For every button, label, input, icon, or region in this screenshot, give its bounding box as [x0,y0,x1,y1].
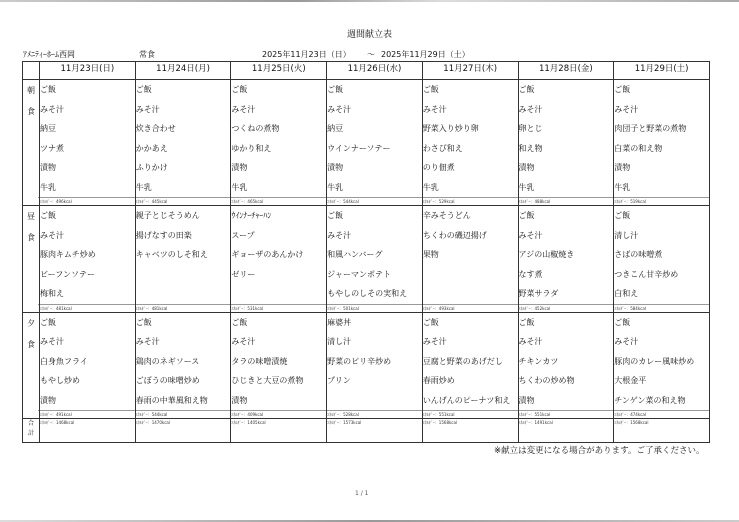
daily-total-kcal: ｴﾈﾙｷﾞｰ：1470kcal [134,419,231,426]
menu-item: 漬物 [519,158,614,178]
menu-item: 白菜の和え物 [614,139,709,159]
daily-total-kcal: ｴﾈﾙｷﾞｰ：1573kcal [325,419,422,426]
menu-item: 梅和え [40,284,135,304]
corner-cell [23,62,40,80]
breakfast-label: 朝食 [23,80,40,206]
diet-type: 常食 [139,49,155,60]
menu-item: みそ汁 [519,332,614,352]
energy-kcal: ｴﾈﾙｷﾞｰ：551kcal [517,410,614,418]
menu-item [136,284,231,304]
menu-item: スープ [231,226,326,246]
menu-item: 納豆 [327,119,422,139]
daily-total-cell: ｴﾈﾙｷﾞｰ：1468kcal [40,419,136,443]
menu-item: 漬物 [327,158,422,178]
day-header: 11月24日(月) [135,62,231,80]
menu-item: ご飯 [40,206,135,226]
daily-total-kcal: ｴﾈﾙｷﾞｰ：1405kcal [229,419,326,426]
menu-item: ご飯 [423,313,518,333]
period-separator: ～ [367,49,375,60]
breakfast-label-char: 朝 [23,80,39,101]
energy-kcal: ｴﾈﾙｷﾞｰ：551kcal [421,410,518,418]
daily-total-kcal: ｴﾈﾙｷﾞｰ：1468kcal [38,419,135,426]
menu-item: みそ汁 [40,332,135,352]
menu-item: 漬物 [231,158,326,178]
menu-item: ウインナーソテー [327,139,422,159]
breakfast-cell: ご飯みそ汁炊き合わせかかあえふりかけ牛乳ｴﾈﾙｷﾞｰ：445kcal [135,80,231,206]
day-header: 11月29日(土) [614,62,710,80]
menu-item: ご飯 [519,80,614,100]
energy-kcal: ｴﾈﾙｷﾞｰ：584kcal [612,304,709,312]
daily-total-cell: ｴﾈﾙｷﾞｰ：1405kcal [231,419,327,443]
menu-item: みそ汁 [423,332,518,352]
menu-item: 豚肉キムチ炒め [40,245,135,265]
menu-item: 鶏肉のネギソース [136,352,231,372]
menu-item: 春雨の中華風和え物 [136,391,231,411]
menu-item: ちくわの炒め物 [519,371,614,391]
menu-item: 漬物 [40,158,135,178]
breakfast-cell: ご飯みそ汁納豆ウインナーソテー漬物牛乳ｴﾈﾙｷﾞｰ：544kcal [327,80,423,206]
menu-item: ご飯 [40,80,135,100]
weekly-menu-table: 11月23日(日)11月24日(月)11月25日(火)11月26日(水)11月2… [22,61,710,443]
energy-kcal: ｴﾈﾙｷﾞｰ：474kcal [612,410,709,418]
menu-item: 肉団子と野菜の煮物 [614,119,709,139]
menu-item: プリン [327,371,422,391]
menu-item: ご飯 [231,313,326,333]
menu-item [423,265,518,285]
energy-kcal: ｴﾈﾙｷﾞｰ：491kcal [38,410,135,418]
menu-item: かかあえ [136,139,231,159]
menu-item: ご飯 [423,80,518,100]
lunch-row: 昼食ご飯みそ汁豚肉キムチ炒めビーフンソテー梅和えｴﾈﾙｷﾞｰ：481kcal親子… [23,206,710,313]
menu-item: アジの山椒焼き [519,245,614,265]
menu-item: ご飯 [614,206,709,226]
menu-item: みそ汁 [519,226,614,246]
menu-item: 牛乳 [231,178,326,198]
menu-item: ご飯 [231,80,326,100]
menu-item: つくねの煮物 [231,119,326,139]
menu-item: みそ汁 [614,100,709,120]
dinner-label-char: 夕 [23,313,39,334]
menu-item: 辛みそうどん [423,206,518,226]
daily-total-cell: ｴﾈﾙｷﾞｰ：1470kcal [135,419,231,443]
menu-item: 白和え [614,284,709,304]
day-header: 11月23日(日) [40,62,136,80]
daily-total-cell: ｴﾈﾙｷﾞｰ：1568kcal [614,419,710,443]
breakfast-cell: ご飯みそ汁卵とじ和え物漬物牛乳ｴﾈﾙｷﾞｰ：488kcal [518,80,614,206]
menu-item: もやしのしその実和え [327,284,422,304]
breakfast-cell: ご飯みそ汁納豆ツナ煮漬物牛乳ｴﾈﾙｷﾞｰ：496kcal [40,80,136,206]
total-label-char: 計 [23,429,39,439]
menu-item: 漬物 [614,158,709,178]
menu-item: 和風ハンバーグ [327,245,422,265]
daily-total-cell: ｴﾈﾙｷﾞｰ：1568kcal [422,419,518,443]
menu-item: チキンカツ [519,352,614,372]
energy-kcal: ｴﾈﾙｷﾞｰ：544kcal [134,410,231,418]
lunch-label: 昼食 [23,206,40,313]
menu-item: 炊き合わせ [136,119,231,139]
menu-item: ご飯 [519,206,614,226]
menu-item: 豆腐と野菜のあげだし [423,352,518,372]
menu-item: のり佃煮 [423,158,518,178]
menu-item: 牛乳 [136,178,231,198]
menu-item: 清し汁 [327,332,422,352]
menu-item: ご飯 [40,313,135,333]
menu-item: 牛乳 [519,178,614,198]
menu-item: みそ汁 [136,332,231,352]
menu-item: 大根金平 [614,371,709,391]
menu-item [327,391,422,411]
energy-kcal: ｴﾈﾙｷﾞｰ：493kcal [421,304,518,312]
menu-item: ご飯 [327,206,422,226]
menu-item: つきこん甘辛炒め [614,265,709,285]
menu-item: 清し汁 [614,226,709,246]
menu-item: 和え物 [519,139,614,159]
total-label-char: 合 [23,419,39,429]
day-header: 11月28日(金) [518,62,614,80]
menu-item: ジャーマンポテト [327,265,422,285]
energy-kcal: ｴﾈﾙｷﾞｰ：529kcal [421,197,518,205]
menu-item: 牛乳 [40,178,135,198]
menu-item: ごぼうの味噌炒め [136,371,231,391]
dinner-cell: ご飯みそ汁鶏肉のネギソースごぼうの味噌炒め春雨の中華風和え物ｴﾈﾙｷﾞｰ：544… [135,312,231,419]
menu-item: いんげんのピーナツ和え [423,391,518,411]
menu-item: みそ汁 [231,332,326,352]
menu-item: チンゲン菜の和え物 [614,391,709,411]
lunch-cell: 辛みそうどんちくわの磯辺揚げ果物ｴﾈﾙｷﾞｰ：493kcal [422,206,518,313]
daily-total-cell: ｴﾈﾙｷﾞｰ：1491kcal [518,419,614,443]
menu-item: みそ汁 [231,100,326,120]
dinner-label: 夕食 [23,312,40,419]
daily-total-kcal: ｴﾈﾙｷﾞｰ：1568kcal [421,419,518,426]
menu-item: みそ汁 [40,226,135,246]
facility-name: ｱﾒﾆﾃｨｰﾎｰﾑ西岡 [23,49,75,60]
menu-item: 揚げなすの田楽 [136,226,231,246]
period-end: 2025年11月29日（土） [381,49,470,60]
menu-item: 漬物 [519,391,614,411]
page-top-edge [0,0,739,2]
page-indicator: 1 / 1 [355,490,368,497]
menu-item: タラの味噌漬焼 [231,352,326,372]
energy-kcal: ｴﾈﾙｷﾞｰ：501kcal [325,304,422,312]
change-notice: ※献立は変更になる場合があります。ご了承ください。 [494,444,704,456]
menu-item: 野菜入り炒り卵 [423,119,518,139]
menu-item: もやし炒め [40,371,135,391]
menu-item: ご飯 [614,313,709,333]
day-header: 11月27日(木) [422,62,518,80]
energy-kcal: ｴﾈﾙｷﾞｰ：452kcal [517,304,614,312]
menu-item: 牛乳 [614,178,709,198]
menu-item: ご飯 [327,80,422,100]
menu-item: 漬物 [231,391,326,411]
menu-item: ゼリー [231,265,326,285]
energy-kcal: ｴﾈﾙｷﾞｰ：531kcal [229,304,326,312]
energy-kcal: ｴﾈﾙｷﾞｰ：488kcal [517,197,614,205]
daily-total-kcal: ｴﾈﾙｷﾞｰ：1491kcal [517,419,614,426]
menu-item [231,284,326,304]
menu-item: 果物 [423,245,518,265]
dinner-cell: ご飯みそ汁チキンカツちくわの炒め物漬物ｴﾈﾙｷﾞｰ：551kcal [518,312,614,419]
menu-item: ギョーザのあんかけ [231,245,326,265]
menu-item: さばの味噌煮 [614,245,709,265]
lunch-cell: ご飯清し汁さばの味噌煮つきこん甘辛炒め白和えｴﾈﾙｷﾞｰ：584kcal [614,206,710,313]
menu-item: ご飯 [519,313,614,333]
menu-item: みそ汁 [327,100,422,120]
menu-item: ふりかけ [136,158,231,178]
menu-item: ｳｲﾝﾅｰﾁｬｰﾊﾝ [231,206,326,226]
menu-item: ご飯 [614,80,709,100]
menu-item: 親子とじそうめん [136,206,231,226]
dinner-cell: ご飯みそ汁豚肉のカレー風味炒め大根金平チンゲン菜の和え物ｴﾈﾙｷﾞｰ：474kc… [614,312,710,419]
energy-kcal: ｴﾈﾙｷﾞｰ：445kcal [134,197,231,205]
energy-kcal: ｴﾈﾙｷﾞｰ：409kcal [229,410,326,418]
energy-kcal: ｴﾈﾙｷﾞｰ：544kcal [325,197,422,205]
menu-item: みそ汁 [136,100,231,120]
menu-item: みそ汁 [423,100,518,120]
dinner-cell: 麻婆丼清し汁野菜のピリ辛炒めプリンｴﾈﾙｷﾞｰ：528kcal [327,312,423,419]
menu-item: ビーフンソテー [40,265,135,285]
lunch-cell: ご飯みそ汁和風ハンバーグジャーマンポテトもやしのしその実和えｴﾈﾙｷﾞｰ：501… [327,206,423,313]
breakfast-cell: ご飯みそ汁つくねの煮物ゆかり和え漬物牛乳ｴﾈﾙｷﾞｰ：465kcal [231,80,327,206]
lunch-cell: ご飯みそ汁豚肉キムチ炒めビーフンソテー梅和えｴﾈﾙｷﾞｰ：481kcal [40,206,136,313]
daily-total-cell: ｴﾈﾙｷﾞｰ：1573kcal [327,419,423,443]
total-label: 合計 [23,419,40,443]
lunch-label-char: 昼 [23,206,39,227]
menu-item: 野菜のピリ辛炒め [327,352,422,372]
menu-item: 春雨炒め [423,371,518,391]
menu-item: ゆかり和え [231,139,326,159]
menu-item: みそ汁 [519,100,614,120]
dinner-cell: ご飯みそ汁白身魚フライもやし炒め漬物ｴﾈﾙｷﾞｰ：491kcal [40,312,136,419]
energy-kcal: ｴﾈﾙｷﾞｰ：519kcal [612,197,709,205]
menu-item: 漬物 [40,391,135,411]
menu-item: 卵とじ [519,119,614,139]
dinner-label-char: 食 [23,334,39,355]
energy-kcal: ｴﾈﾙｷﾞｰ：481kcal [134,304,231,312]
energy-kcal: ｴﾈﾙｷﾞｰ：496kcal [38,197,135,205]
menu-item: ご飯 [136,80,231,100]
menu-item: 納豆 [40,119,135,139]
lunch-cell: 親子とじそうめん揚げなすの田楽キャベツのしそ和えｴﾈﾙｷﾞｰ：481kcal [135,206,231,313]
daily-total-kcal: ｴﾈﾙｷﾞｰ：1568kcal [612,419,709,426]
breakfast-cell: ご飯みそ汁肉団子と野菜の煮物白菜の和え物漬物牛乳ｴﾈﾙｷﾞｰ：519kcal [614,80,710,206]
day-header: 11月26日(水) [327,62,423,80]
menu-item: みそ汁 [327,226,422,246]
menu-item: キャベツのしそ和え [136,245,231,265]
menu-item: わさび和え [423,139,518,159]
energy-kcal: ｴﾈﾙｷﾞｰ：528kcal [325,410,422,418]
lunch-label-char: 食 [23,227,39,248]
menu-item: 麻婆丼 [327,313,422,333]
breakfast-label-char: 食 [23,101,39,122]
menu-item: ツナ煮 [40,139,135,159]
total-row: 合計ｴﾈﾙｷﾞｰ：1468kcalｴﾈﾙｷﾞｰ：1470kcalｴﾈﾙｷﾞｰ：1… [23,419,710,443]
dinner-cell: ご飯みそ汁豆腐と野菜のあげだし春雨炒めいんげんのピーナツ和えｴﾈﾙｷﾞｰ：551… [422,312,518,419]
day-header: 11月25日(火) [231,62,327,80]
menu-item: みそ汁 [614,332,709,352]
lunch-cell: ご飯みそ汁アジの山椒焼きなす煮野菜サラダｴﾈﾙｷﾞｰ：452kcal [518,206,614,313]
menu-item: 牛乳 [327,178,422,198]
menu-item [136,265,231,285]
menu-item: 白身魚フライ [40,352,135,372]
day-header-row: 11月23日(日)11月24日(月)11月25日(火)11月26日(水)11月2… [23,62,710,80]
dinner-cell: ご飯みそ汁タラの味噌漬焼ひじきと大豆の煮物漬物ｴﾈﾙｷﾞｰ：409kcal [231,312,327,419]
menu-item: ご飯 [136,313,231,333]
breakfast-row: 朝食ご飯みそ汁納豆ツナ煮漬物牛乳ｴﾈﾙｷﾞｰ：496kcalご飯みそ汁炊き合わせ… [23,80,710,206]
energy-kcal: ｴﾈﾙｷﾞｰ：481kcal [38,304,135,312]
menu-item: 野菜サラダ [519,284,614,304]
dinner-row: 夕食ご飯みそ汁白身魚フライもやし炒め漬物ｴﾈﾙｷﾞｰ：491kcalご飯みそ汁鶏… [23,312,710,419]
menu-item: ちくわの磯辺揚げ [423,226,518,246]
menu-item [423,284,518,304]
page-title: 週間献立表 [0,27,739,40]
lunch-cell: ｳｲﾝﾅｰﾁｬｰﾊﾝスープギョーザのあんかけゼリーｴﾈﾙｷﾞｰ：531kcal [231,206,327,313]
energy-kcal: ｴﾈﾙｷﾞｰ：465kcal [229,197,326,205]
menu-item: なす煮 [519,265,614,285]
menu-item: みそ汁 [40,100,135,120]
menu-item: 豚肉のカレー風味炒め [614,352,709,372]
menu-item: 牛乳 [423,178,518,198]
menu-item: ひじきと大豆の煮物 [231,371,326,391]
period-start: 2025年11月23日（日） [262,49,351,60]
breakfast-cell: ご飯みそ汁野菜入り炒り卵わさび和えのり佃煮牛乳ｴﾈﾙｷﾞｰ：529kcal [422,80,518,206]
